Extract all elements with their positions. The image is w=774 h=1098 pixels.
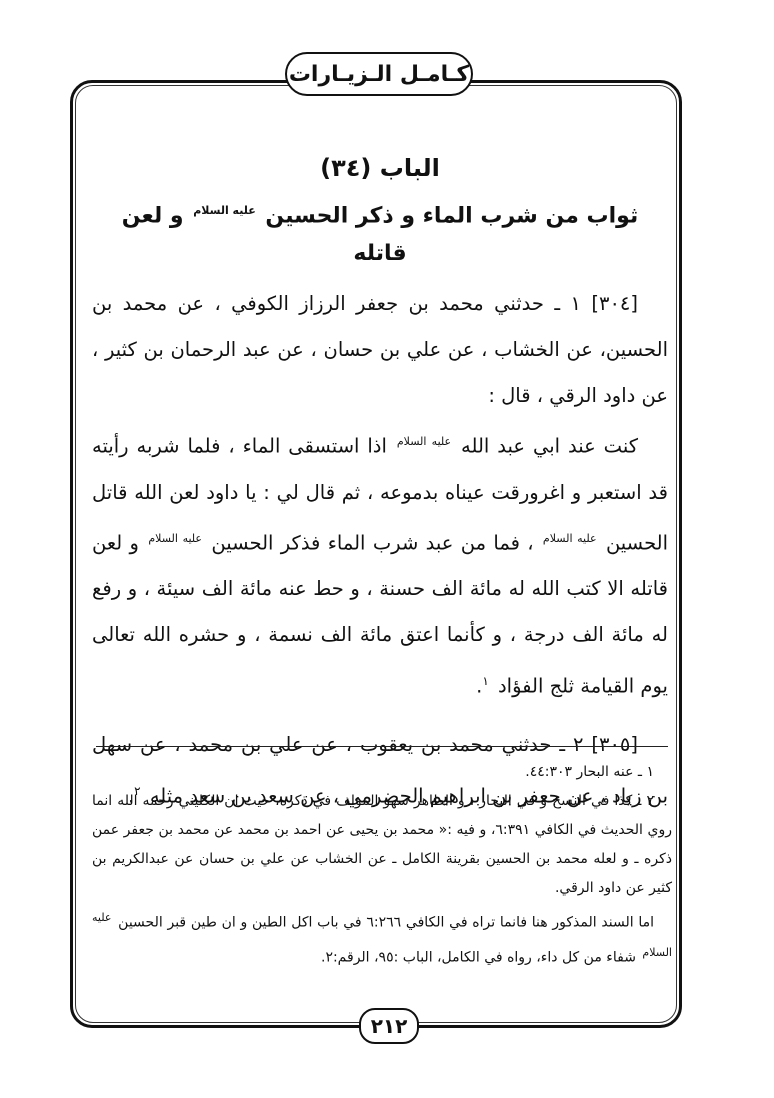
book-title: كـامـل الـزيـارات [289,62,469,87]
honorific-icon: عليه السلام [397,435,451,448]
chapter-title: ثواب من شرب الماء و ذكر الحسين عليه السل… [92,192,668,273]
footnote-marker[interactable]: ١ [482,674,488,688]
hadith-text: و لعن قاتله الا كتب الله له مائة الف حسن… [92,531,668,698]
hadith-304-chain: [٣٠٤] ١ ـ حدثني محمد بن جعفر الرزاز الكو… [92,281,668,419]
honorific-icon: عليه السلام [148,532,202,545]
hadith-ref: [٣٠٤] ١ ـ [554,292,638,315]
hadith-text: ، فما من عبد شرب الماء فذكر الحسين [211,531,533,554]
honorific-icon: عليه السلام [543,532,597,545]
honorific-icon: عليه السلام [193,204,256,217]
chapter-title-text: ثواب من شرب الماء و ذكر الحسين [265,203,638,228]
footnote-1: ١ ـ عنه البحار ٤٤:٣٠٣. [92,758,672,787]
page-number-badge: ٢١٢ [359,1008,419,1044]
footnote-text: شفاء من كل داء، رواه في الكامل، الباب :٩… [321,949,636,965]
footnote-text: اما السند المذكور هنا فانما تراه في الكا… [118,915,654,931]
footnote-divider [96,746,668,747]
footnote-2: ٢ ـ كذا في النسخ و في البحار ، و الظاهر … [92,787,672,903]
chapter-number: الباب (٣٤) [92,150,668,186]
running-header: كـامـل الـزيـارات [285,52,473,96]
page-number: ٢١٢ [371,1014,408,1038]
main-text: الباب (٣٤) ثواب من شرب الماء و ذكر الحسي… [92,140,668,819]
footnote-2-continued: اما السند المذكور هنا فانما تراه في الكا… [92,903,672,972]
footnotes: ١ ـ عنه البحار ٤٤:٣٠٣. ٢ ـ كذا في النسخ … [92,758,672,972]
hadith-304-text: كنت عند ابي عبد الله عليه السلام اذا است… [92,419,668,710]
hadith-ref: [٣٠٥] ٢ ـ [559,733,638,756]
hadith-text: كنت عند ابي عبد الله [461,435,638,458]
